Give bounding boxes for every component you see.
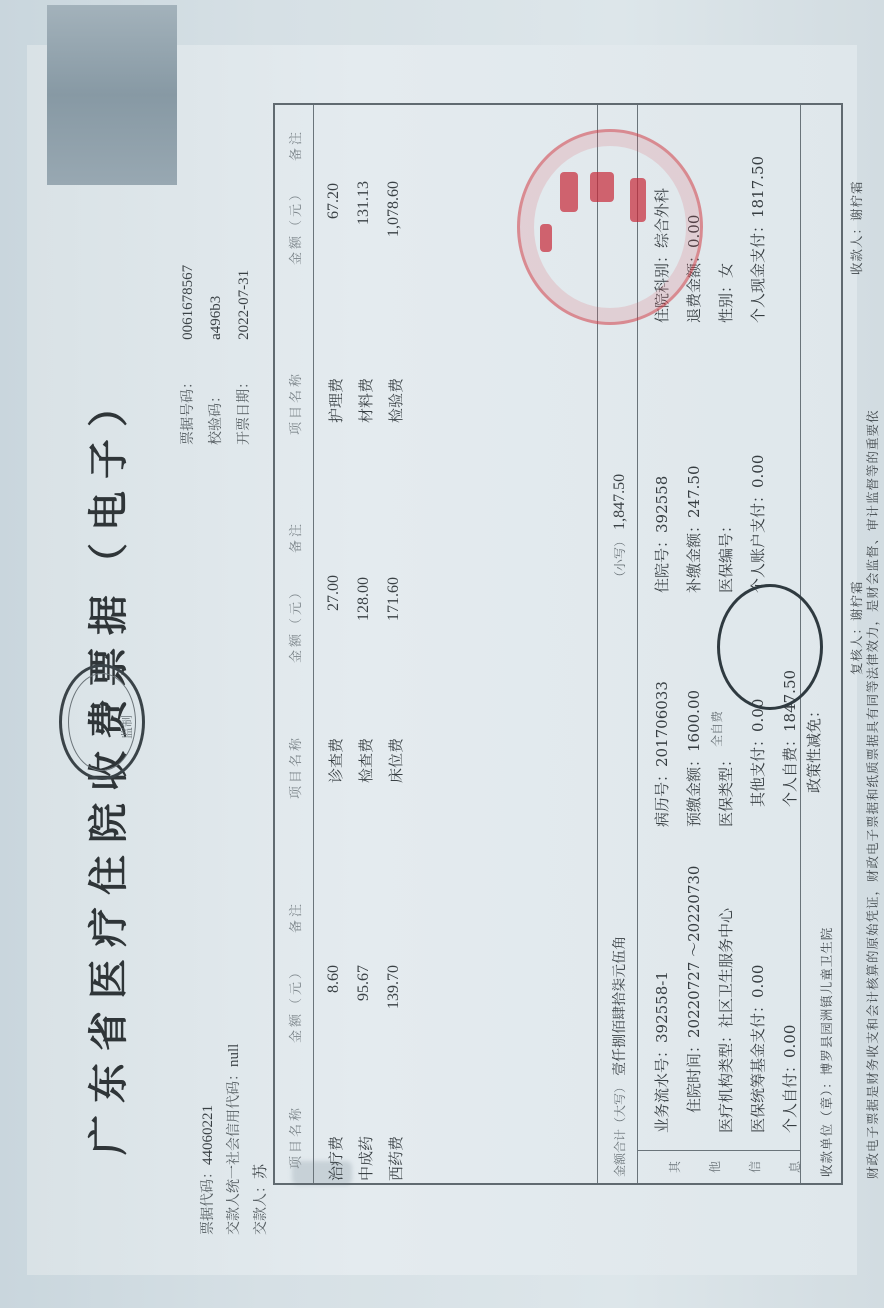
cash-payment: 个人现金支付：1817.50 — [747, 156, 768, 323]
remarks-side-label: 其他信息 — [655, 1161, 815, 1173]
payee-unit: 收款单位（章）：博罗县园洲镇儿童卫生院 — [817, 927, 835, 1177]
insurance-number: 医保编号： — [715, 518, 736, 593]
supervision-stamp: 监制 — [59, 664, 145, 780]
invoice-code: 票据代码：44060221 — [197, 1105, 217, 1235]
fund-payment: 医保统筹基金支付：0.00 — [747, 965, 768, 1133]
invoice-number: 票据号码： 0061678567 — [177, 265, 197, 445]
check-code: 校验码： a496b3 — [205, 296, 225, 445]
receipt-paper: 广东省医疗住院收费票据（电子） 监制 票据代码：44060221 交款人统一社会… — [27, 45, 857, 1275]
prepaid-amount: 预缴金额：1600.00 — [683, 690, 704, 827]
redacted-qr-code — [47, 5, 177, 185]
payer-credit-code: 交款人统一社会信用代码：null — [223, 1044, 243, 1235]
notice-line-1: 财政电子票据是财务收支和会计核算的原始凭证，财政电子票据和纸质票据具有同等法律效… — [863, 409, 881, 1179]
issue-date: 开票日期： 2022-07-31 — [233, 270, 253, 445]
business-serial: 业务流水号：392558-1 — [651, 971, 672, 1133]
supplement-amount: 补缴金额：247.50 — [683, 466, 704, 594]
insurance-type: 医保类型： 全自费 — [715, 711, 736, 827]
hospital-seal — [717, 584, 823, 710]
gender: 性别：女 — [715, 263, 736, 323]
payer-name: 交款人：苏 — [249, 1164, 270, 1235]
collector: 收款人：谢柠霜 — [847, 180, 865, 275]
institution-type: 医疗机构类型：社区卫生服务中心 — [715, 908, 736, 1133]
red-official-seal — [517, 129, 703, 325]
medical-record-number: 病历号：201706033 — [651, 681, 672, 827]
personal-account-payment: 个人账户支付：0.00 — [747, 455, 768, 593]
total-lowercase: （小写） 1,847.50 — [609, 474, 629, 583]
stay-period: 住院时间：20220727 ～20220730 — [683, 866, 704, 1113]
self-pay: 个人自付：0.00 — [779, 1025, 800, 1133]
policy-reduction: 政策性减免： — [803, 703, 824, 793]
other-payment: 其他支付：0.00 — [747, 699, 768, 807]
total-uppercase: 金额合计（大写） 壹仟捌佰肆拾柒元伍角 — [609, 936, 629, 1177]
inpatient-number: 住院号：392558 — [651, 476, 672, 593]
